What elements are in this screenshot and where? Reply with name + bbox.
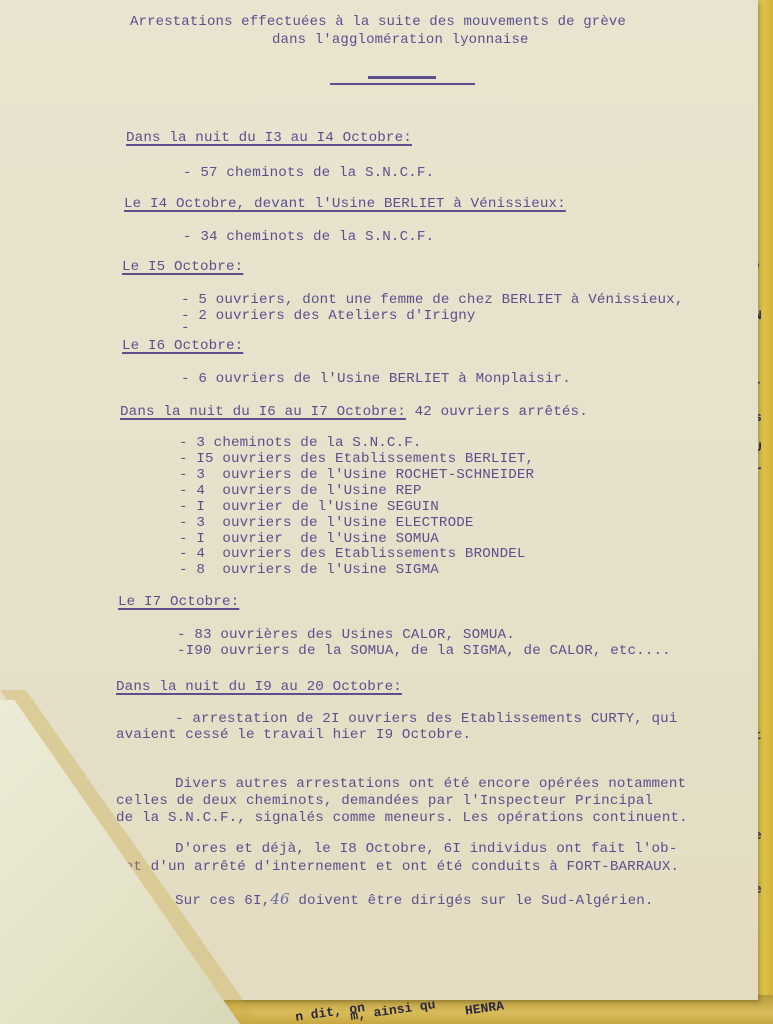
list-item: - 3 ouvriers de l'Usine ROCHET-SCHNEIDER bbox=[179, 467, 534, 483]
list-item: - 8 ouvriers de l'Usine SIGMA bbox=[179, 562, 439, 578]
section-heading: Le I5 Octobre: bbox=[122, 259, 243, 275]
section-heading-suffix: 42 ouvriers arrêtés. bbox=[406, 404, 588, 420]
title-rule-long bbox=[330, 83, 475, 85]
paragraph-line: D'ores et déjà, le I8 Octobre, 6I indivi… bbox=[175, 841, 678, 857]
list-item: - 57 cheminots de la S.N.C.F. bbox=[183, 165, 434, 181]
list-item: - 6 ouvriers de l'Usine BERLIET à Monpla… bbox=[181, 371, 571, 387]
document-title-line-2: dans l'agglomération lyonnaise bbox=[272, 32, 529, 48]
list-item: - I5 ouvriers des Etablissements BERLIET… bbox=[179, 451, 534, 467]
paragraph-line: Divers autres arrestations ont été encor… bbox=[175, 776, 686, 792]
list-item: - 34 cheminots de la S.N.C.F. bbox=[183, 229, 434, 245]
list-item: - 3 ouvriers de l'Usine ELECTRODE bbox=[179, 515, 474, 531]
final-line-suffix: doivent être dirigés sur le Sud-Algérien… bbox=[290, 893, 654, 909]
document-title-line-1: Arrestations effectuées à la suite des m… bbox=[130, 14, 626, 30]
list-item-continuation: avaient cessé le travail hier I9 Octobre… bbox=[116, 727, 471, 743]
list-item: - 4 ouvriers de l'Usine REP bbox=[179, 483, 422, 499]
section-heading: Dans la nuit du I6 au I7 Octobre: bbox=[120, 404, 406, 420]
handwritten-annotation: 46 bbox=[270, 890, 289, 908]
title-rule-short bbox=[368, 76, 436, 79]
list-item: - 5 ouvriers, dont une femme de chez BER… bbox=[181, 292, 684, 308]
list-item: -I90 ouvriers de la SOMUA, de la SIGMA, … bbox=[177, 643, 671, 659]
list-item: - I ouvrier de l'Usine SEGUIN bbox=[179, 499, 439, 515]
paragraph-line: de la S.N.C.F., signalés comme meneurs. … bbox=[116, 810, 688, 826]
paragraph-line: jet d'un arrêté d'internement et ont été… bbox=[116, 859, 679, 875]
final-line: Sur ces 6I,46 doivent être dirigés sur l… bbox=[175, 891, 654, 909]
section-heading: Le I7 Octobre: bbox=[118, 594, 239, 610]
section-heading-row: Dans la nuit du I6 au I7 Octobre: 42 ouv… bbox=[120, 404, 588, 420]
list-item: - 3 cheminots de la S.N.C.F. bbox=[179, 435, 422, 451]
list-item: - bbox=[181, 320, 190, 336]
fragment-text: HENRA bbox=[464, 998, 505, 1018]
section-heading: Le I4 Octobre, devant l'Usine BERLIET à … bbox=[124, 196, 566, 212]
list-item: - 2 ouvriers des Ateliers d'Irigny bbox=[181, 308, 476, 324]
section-heading: Dans la nuit du I3 au I4 Octobre: bbox=[126, 130, 412, 146]
list-item: - 83 ouvrières des Usines CALOR, SOMUA. bbox=[177, 627, 515, 643]
section-heading: Le I6 Octobre: bbox=[122, 338, 243, 354]
list-item: - 4 ouvriers des Etablissements BRONDEL bbox=[179, 546, 526, 562]
section-heading: Dans la nuit du I9 au 20 Octobre: bbox=[116, 679, 402, 695]
list-item: - arrestation de 2I ouvriers des Etablis… bbox=[175, 711, 678, 727]
final-line-prefix: Sur ces 6I, bbox=[175, 893, 270, 909]
list-item: - I ouvrier de l'Usine SOMUA bbox=[179, 531, 439, 547]
paragraph-line: celles de deux cheminots, demandées par … bbox=[116, 793, 653, 809]
